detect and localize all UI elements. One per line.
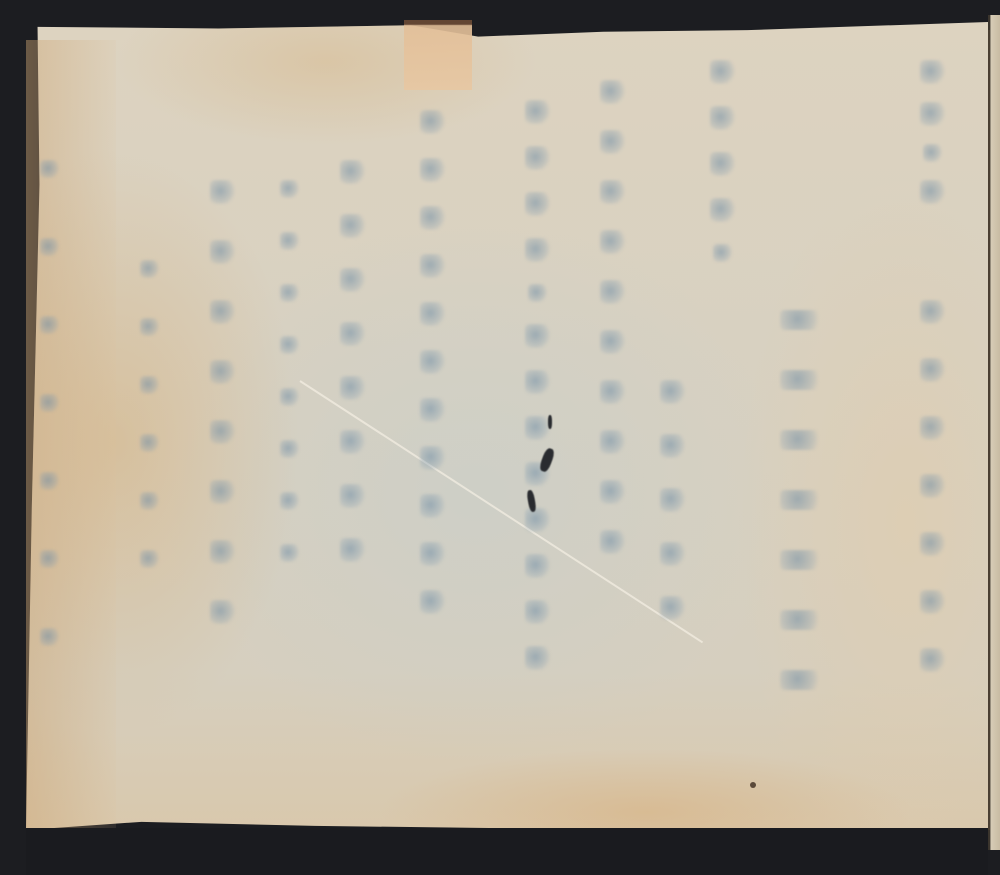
bleed-column: [280, 180, 300, 562]
bleed-column: [40, 160, 60, 646]
bleed-column: [600, 80, 626, 554]
bleed-row-group: [780, 310, 824, 690]
binding-line: [988, 30, 990, 830]
bleed-column: [660, 380, 686, 620]
spot: [750, 782, 756, 788]
bleed-column: [920, 60, 946, 204]
manuscript-page: [26, 22, 988, 834]
bleed-column: [340, 160, 366, 562]
ink-mark: [548, 415, 552, 429]
bleed-column: [710, 60, 736, 262]
bleed-column: [920, 300, 946, 672]
bleed-column: [525, 100, 551, 670]
paper-tab-marker: [404, 20, 472, 90]
bleed-column: [420, 110, 446, 614]
bleed-column: [140, 260, 160, 568]
bleed-column: [210, 180, 236, 624]
bottom-backdrop: [26, 828, 988, 875]
